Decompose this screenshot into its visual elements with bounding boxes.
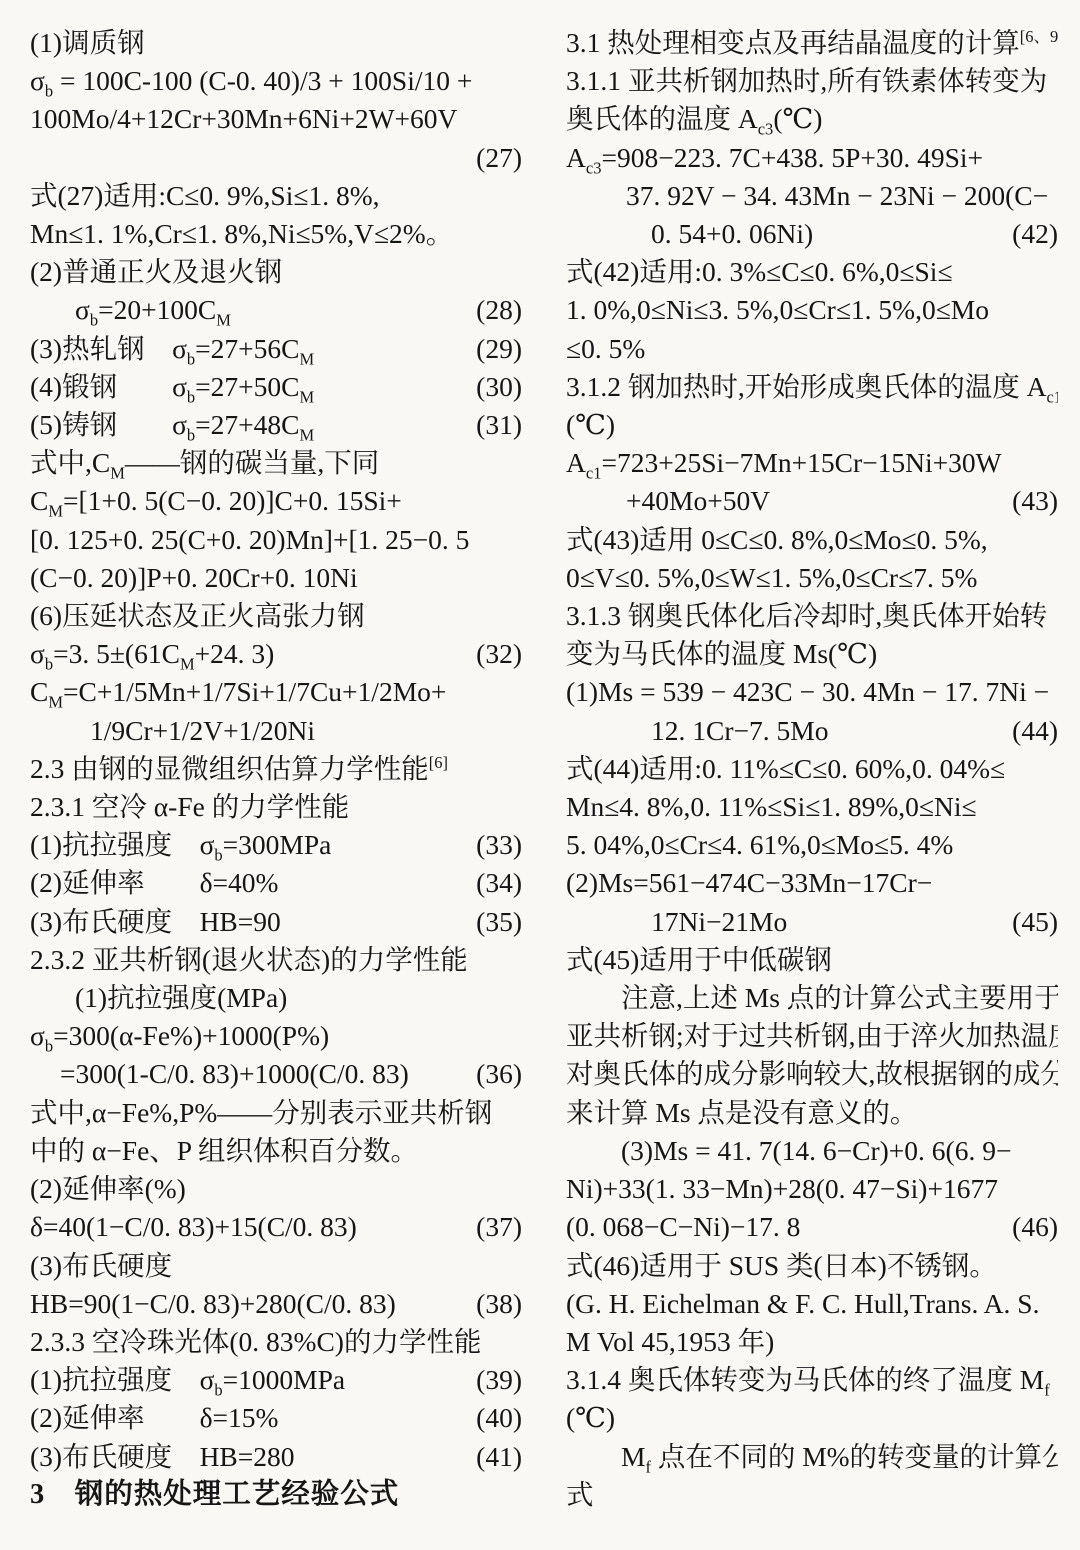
right-text-line-12: Ac1=723+25Si−7Mn+15Cr−15Ni+30W [566, 444, 1058, 482]
left-text-line-2: σb = 100C-100 (C-0. 40)/3 + 100Si/10 + [30, 62, 522, 100]
line-text: 3.1.4 奥氏体转变为马氏体的终了温度 Mf [566, 1361, 1050, 1399]
right-text-line-16: 3.1.3 钢奥氏体化后冷却时,奥氏体开始转 [566, 597, 1058, 635]
line-text: 变为马氏体的温度 Ms(℃) [566, 635, 877, 673]
line-text: 来计算 Ms 点是没有意义的。 [566, 1094, 917, 1132]
left-text-line-7: (2)普通正火及退火钢 [30, 253, 522, 291]
left-text-line-1: (1)调质钢 [30, 24, 522, 62]
left-text-line-10: (4)锻钢 σb=27+50CM(30) [30, 368, 522, 406]
line-text: σb=20+100CM [75, 291, 231, 329]
line-text: Mn≤1. 1%,Cr≤1. 8%,Ni≤5%,V≤2%。 [30, 215, 453, 253]
right-text-line-23: (2)Ms=561−474C−33Mn−17Cr− [566, 864, 1058, 902]
left-text-line-11: (5)铸钢 σb=27+48CM(31) [30, 406, 522, 444]
line-text: (1)调质钢 [30, 24, 145, 62]
right-text-line-28: 对奥氏体的成分影响较大,故根据钢的成分 [566, 1055, 1058, 1093]
formula-number: (33) [468, 826, 522, 864]
line-text: M Vol 45,1953 年) [566, 1323, 774, 1361]
line-text: 1/9Cr+1/2V+1/20Ni [90, 712, 315, 750]
right-text-line-18: (1)Ms = 539 − 423C − 30. 4Mn − 17. 7Ni − [566, 673, 1058, 711]
right-text-line-38: Mf 点在不同的 M%的转变量的计算公 [566, 1438, 1058, 1476]
line-text: 式(46)适用于 SUS 类(日本)不锈钢。 [566, 1247, 997, 1285]
left-text-line-14: [0. 125+0. 25(C+0. 20)Mn]+[1. 25−0. 5 [30, 521, 522, 559]
line-text: 3.1 热处理相变点及再结晶温度的计算[6、9] [566, 24, 1058, 62]
line-text: σb = 100C-100 (C-0. 40)/3 + 100Si/10 + [30, 62, 472, 100]
right-text-line-9: ≤0. 5% [566, 330, 1058, 368]
right-text-line-39: 式 [566, 1476, 1058, 1514]
line-text: 奥氏体的温度 Ac3(℃) [566, 100, 822, 138]
line-text: Ac3=908−223. 7C+438. 5P+30. 49Si+ [566, 139, 983, 177]
left-text-line-8: σb=20+100CM(28) [30, 291, 522, 329]
line-text: (G. H. Eichelman & F. C. Hull,Trans. A. … [566, 1285, 1039, 1323]
left-text-line-31: (2)延伸率(%) [30, 1170, 522, 1208]
line-text: (2)延伸率(%) [30, 1170, 186, 1208]
line-text: (3)热轧钢 σb=27+56CM [30, 330, 314, 368]
right-text-line-35: M Vol 45,1953 年) [566, 1323, 1058, 1361]
line-text: (1)抗拉强度 σb=300MPa [30, 826, 331, 864]
right-text-line-24: 17Ni−21Mo(45) [566, 903, 1058, 941]
line-text: Ac1=723+25Si−7Mn+15Cr−15Ni+30W [566, 444, 1002, 482]
line-text: (1)Ms = 539 − 423C − 30. 4Mn − 17. 7Ni − [566, 673, 1049, 711]
line-text: 式(27)适用:C≤0. 9%,Si≤1. 8%, [30, 177, 379, 215]
line-text: 0≤V≤0. 5%,0≤W≤1. 5%,0≤Cr≤7. 5% [566, 559, 977, 597]
line-text: (4)锻钢 σb=27+50CM [30, 368, 314, 406]
right-text-line-19: 12. 1Cr−7. 5Mo(44) [566, 712, 1058, 750]
left-text-line-5: 式(27)适用:C≤0. 9%,Si≤1. 8%, [30, 177, 522, 215]
left-text-line-22: (1)抗拉强度 σb=300MPa(33) [30, 826, 522, 864]
formula-number: (28) [468, 291, 522, 329]
left-text-line-16: (6)压延状态及正火高张力钢 [30, 597, 522, 635]
line-text: (2)延伸率 δ=15% [30, 1399, 278, 1437]
left-text-line-36: (1)抗拉强度 σb=1000MPa(39) [30, 1361, 522, 1399]
line-text: 3.1.2 钢加热时,开始形成奥氏体的温度 Ac1 [566, 368, 1058, 406]
line-text: 2.3.3 空冷珠光体(0. 83%C)的力学性能 [30, 1323, 481, 1361]
left-text-line-4: (27) [30, 139, 522, 177]
right-text-line-34: (G. H. Eichelman & F. C. Hull,Trans. A. … [566, 1285, 1058, 1323]
line-text: (1)抗拉强度(MPa) [75, 979, 287, 1017]
line-text: =300(1-C/0. 83)+1000(C/0. 83) [60, 1055, 409, 1093]
right-text-line-31: Ni)+33(1. 33−Mn)+28(0. 47−Si)+1677 [566, 1170, 1058, 1208]
formula-number: (40) [468, 1399, 522, 1437]
formula-number: (41) [468, 1438, 522, 1476]
left-text-line-27: σb=300(α-Fe%)+1000(P%) [30, 1017, 522, 1055]
line-text: 17Ni−21Mo [651, 903, 787, 941]
formula-number: (32) [468, 635, 522, 673]
left-text-line-26: (1)抗拉强度(MPa) [30, 979, 522, 1017]
document-page: (1)调质钢σb = 100C-100 (C-0. 40)/3 + 100Si/… [0, 0, 1080, 1550]
line-text: CM=[1+0. 5(C−0. 20)]C+0. 15Si+ [30, 482, 402, 520]
line-text: 式中,CM——钢的碳当量,下同 [30, 444, 379, 482]
left-text-line-28: =300(1-C/0. 83)+1000(C/0. 83)(36) [30, 1055, 522, 1093]
formula-number: (37) [468, 1208, 522, 1246]
line-text: (2)Ms=561−474C−33Mn−17Cr− [566, 864, 932, 902]
formula-number: (39) [468, 1361, 522, 1399]
line-text: (3)布氏硬度 [30, 1247, 172, 1285]
line-text: 中的 α−Fe、P 组织体积百分数。 [30, 1132, 418, 1170]
left-text-line-15: (C−0. 20)]P+0. 20Cr+0. 10Ni [30, 559, 522, 597]
formula-number: (36) [468, 1055, 522, 1093]
left-text-line-13: CM=[1+0. 5(C−0. 20)]C+0. 15Si+ [30, 482, 522, 520]
right-text-line-15: 0≤V≤0. 5%,0≤W≤1. 5%,0≤Cr≤7. 5% [566, 559, 1058, 597]
line-text: (℃) [566, 406, 615, 444]
line-text: (0. 068−C−Ni)−17. 8 [566, 1208, 800, 1246]
line-text: σb=3. 5±(61CM+24. 3) [30, 635, 274, 673]
right-text-line-22: 5. 04%,0≤Cr≤4. 61%,0≤Mo≤5. 4% [566, 826, 1058, 864]
left-text-line-34: HB=90(1−C/0. 83)+280(C/0. 83)(38) [30, 1285, 522, 1323]
formula-number: (45) [1004, 903, 1058, 941]
left-text-line-21: 2.3.1 空冷 α-Fe 的力学性能 [30, 788, 522, 826]
left-text-line-6: Mn≤1. 1%,Cr≤1. 8%,Ni≤5%,V≤2%。 [30, 215, 522, 253]
line-text: 式(45)适用于中低碳钢 [566, 941, 832, 979]
right-text-line-2: 3.1.1 亚共析钢加热时,所有铁素体转变为 [566, 62, 1058, 100]
right-text-line-4: Ac3=908−223. 7C+438. 5P+30. 49Si+ [566, 139, 1058, 177]
line-text: [0. 125+0. 25(C+0. 20)Mn]+[1. 25−0. 5 [30, 521, 469, 559]
line-text: Mn≤4. 8%,0. 11%≤Si≤1. 89%,0≤Ni≤ [566, 788, 977, 826]
line-text: Ni)+33(1. 33−Mn)+28(0. 47−Si)+1677 [566, 1170, 998, 1208]
right-text-line-33: 式(46)适用于 SUS 类(日本)不锈钢。 [566, 1247, 1058, 1285]
left-text-line-18: CM=C+1/5Mn+1/7Si+1/7Cu+1/2Mo+ [30, 673, 522, 711]
right-text-line-3: 奥氏体的温度 Ac3(℃) [566, 100, 1058, 138]
line-text: 式(43)适用 0≤C≤0. 8%,0≤Mo≤0. 5%, [566, 521, 988, 559]
line-text: +40Mo+50V [626, 482, 770, 520]
line-text: Mf 点在不同的 M%的转变量的计算公 [621, 1438, 1058, 1476]
formula-number: (27) [468, 139, 522, 177]
line-text: 37. 92V − 34. 43Mn − 23Ni − 200(C− [626, 177, 1048, 215]
right-text-line-7: 式(42)适用:0. 3%≤C≤0. 6%,0≤Si≤ [566, 253, 1058, 291]
right-text-line-6: 0. 54+0. 06Ni)(42) [566, 215, 1058, 253]
right-text-line-20: 式(44)适用:0. 11%≤C≤0. 60%,0. 04%≤ [566, 750, 1058, 788]
formula-number: (31) [468, 406, 522, 444]
left-text-line-17: σb=3. 5±(61CM+24. 3)(32) [30, 635, 522, 673]
right-text-line-11: (℃) [566, 406, 1058, 444]
left-text-line-25: 2.3.2 亚共析钢(退火状态)的力学性能 [30, 941, 522, 979]
right-text-line-21: Mn≤4. 8%,0. 11%≤Si≤1. 89%,0≤Ni≤ [566, 788, 1058, 826]
formula-number: (46) [1004, 1208, 1058, 1246]
line-text: 式(44)适用:0. 11%≤C≤0. 60%,0. 04%≤ [566, 750, 1005, 788]
left-text-line-39: 3 钢的热处理工艺经验公式 [30, 1476, 522, 1514]
line-text: (2)延伸率 δ=40% [30, 864, 278, 902]
right-text-line-5: 37. 92V − 34. 43Mn − 23Ni − 200(C− [566, 177, 1058, 215]
right-column: 3.1 热处理相变点及再结晶温度的计算[6、9]3.1.1 亚共析钢加热时,所有… [566, 24, 1058, 1550]
formula-number: (38) [468, 1285, 522, 1323]
line-text: (3)Ms = 41. 7(14. 6−Cr)+0. 6(6. 9− [621, 1132, 1011, 1170]
right-text-line-32: (0. 068−C−Ni)−17. 8(46) [566, 1208, 1058, 1246]
line-text: 0. 54+0. 06Ni) [651, 215, 813, 253]
line-text: 100Mo/4+12Cr+30Mn+6Ni+2W+60V [30, 100, 457, 138]
line-text: 亚共析钢;对于过共析钢,由于淬火加热温度 [566, 1017, 1058, 1055]
left-text-line-24: (3)布氏硬度 HB=90(35) [30, 903, 522, 941]
line-text: 式(42)适用:0. 3%≤C≤0. 6%,0≤Si≤ [566, 253, 953, 291]
line-text: (1)抗拉强度 σb=1000MPa [30, 1361, 345, 1399]
line-text: 5. 04%,0≤Cr≤4. 61%,0≤Mo≤5. 4% [566, 826, 953, 864]
line-text: 式中,α−Fe%,P%——分别表示亚共析钢 [30, 1094, 492, 1132]
right-text-line-30: (3)Ms = 41. 7(14. 6−Cr)+0. 6(6. 9− [566, 1132, 1058, 1170]
right-text-line-13: +40Mo+50V(43) [566, 482, 1058, 520]
line-text: 注意,上述 Ms 点的计算公式主要用于 [621, 979, 1058, 1017]
formula-number: (43) [1004, 482, 1058, 520]
line-text: (C−0. 20)]P+0. 20Cr+0. 10Ni [30, 559, 358, 597]
left-text-line-29: 式中,α−Fe%,P%——分别表示亚共析钢 [30, 1094, 522, 1132]
right-text-line-25: 式(45)适用于中低碳钢 [566, 941, 1058, 979]
left-text-line-20: 2.3 由钢的显微组织估算力学性能[6] [30, 750, 522, 788]
left-text-line-37: (2)延伸率 δ=15%(40) [30, 1399, 522, 1437]
right-text-line-10: 3.1.2 钢加热时,开始形成奥氏体的温度 Ac1 [566, 368, 1058, 406]
left-text-line-9: (3)热轧钢 σb=27+56CM(29) [30, 330, 522, 368]
left-text-line-35: 2.3.3 空冷珠光体(0. 83%C)的力学性能 [30, 1323, 522, 1361]
right-text-line-37: (℃) [566, 1399, 1058, 1437]
right-text-line-29: 来计算 Ms 点是没有意义的。 [566, 1094, 1058, 1132]
line-text: 2.3.1 空冷 α-Fe 的力学性能 [30, 788, 349, 826]
right-text-line-8: 1. 0%,0≤Ni≤3. 5%,0≤Cr≤1. 5%,0≤Mo [566, 291, 1058, 329]
line-text: 12. 1Cr−7. 5Mo [651, 712, 828, 750]
left-text-line-32: δ=40(1−C/0. 83)+15(C/0. 83)(37) [30, 1208, 522, 1246]
left-text-line-23: (2)延伸率 δ=40%(34) [30, 864, 522, 902]
left-text-line-3: 100Mo/4+12Cr+30Mn+6Ni+2W+60V [30, 100, 522, 138]
line-text: (3)布氏硬度 HB=280 [30, 1438, 295, 1476]
line-text: (℃) [566, 1399, 615, 1437]
line-text: 3.1.1 亚共析钢加热时,所有铁素体转变为 [566, 62, 1047, 100]
line-text: ≤0. 5% [566, 330, 645, 368]
formula-number: (30) [468, 368, 522, 406]
left-text-line-12: 式中,CM——钢的碳当量,下同 [30, 444, 522, 482]
line-text: HB=90(1−C/0. 83)+280(C/0. 83) [30, 1285, 396, 1323]
line-text: (3)布氏硬度 HB=90 [30, 903, 281, 941]
right-text-line-36: 3.1.4 奥氏体转变为马氏体的终了温度 Mf [566, 1361, 1058, 1399]
line-text: 2.3.2 亚共析钢(退火状态)的力学性能 [30, 941, 468, 979]
left-text-line-38: (3)布氏硬度 HB=280(41) [30, 1438, 522, 1476]
line-text: (2)普通正火及退火钢 [30, 253, 282, 291]
formula-number: (42) [1004, 215, 1058, 253]
right-text-line-17: 变为马氏体的温度 Ms(℃) [566, 635, 1058, 673]
formula-number: (35) [468, 903, 522, 941]
line-text: 1. 0%,0≤Ni≤3. 5%,0≤Cr≤1. 5%,0≤Mo [566, 291, 989, 329]
line-text: 3.1.3 钢奥氏体化后冷却时,奥氏体开始转 [566, 597, 1047, 635]
line-text: δ=40(1−C/0. 83)+15(C/0. 83) [30, 1208, 357, 1246]
right-text-line-27: 亚共析钢;对于过共析钢,由于淬火加热温度 [566, 1017, 1058, 1055]
line-text: 3 钢的热处理工艺经验公式 [30, 1476, 399, 1514]
line-text: CM=C+1/5Mn+1/7Si+1/7Cu+1/2Mo+ [30, 673, 446, 711]
line-text: σb=300(α-Fe%)+1000(P%) [30, 1017, 329, 1055]
formula-number: (29) [468, 330, 522, 368]
line-text: 式 [566, 1476, 594, 1514]
left-column: (1)调质钢σb = 100C-100 (C-0. 40)/3 + 100Si/… [30, 24, 522, 1550]
right-text-line-1: 3.1 热处理相变点及再结晶温度的计算[6、9] [566, 24, 1058, 62]
line-text: (6)压延状态及正火高张力钢 [30, 597, 365, 635]
right-text-line-14: 式(43)适用 0≤C≤0. 8%,0≤Mo≤0. 5%, [566, 521, 1058, 559]
line-text: (5)铸钢 σb=27+48CM [30, 406, 314, 444]
left-text-line-33: (3)布氏硬度 [30, 1247, 522, 1285]
formula-number: (34) [468, 864, 522, 902]
line-text: 2.3 由钢的显微组织估算力学性能[6] [30, 750, 448, 788]
formula-number: (44) [1004, 712, 1058, 750]
left-text-line-19: 1/9Cr+1/2V+1/20Ni [30, 712, 522, 750]
left-text-line-30: 中的 α−Fe、P 组织体积百分数。 [30, 1132, 522, 1170]
line-text: 对奥氏体的成分影响较大,故根据钢的成分 [566, 1055, 1058, 1093]
right-text-line-26: 注意,上述 Ms 点的计算公式主要用于 [566, 979, 1058, 1017]
